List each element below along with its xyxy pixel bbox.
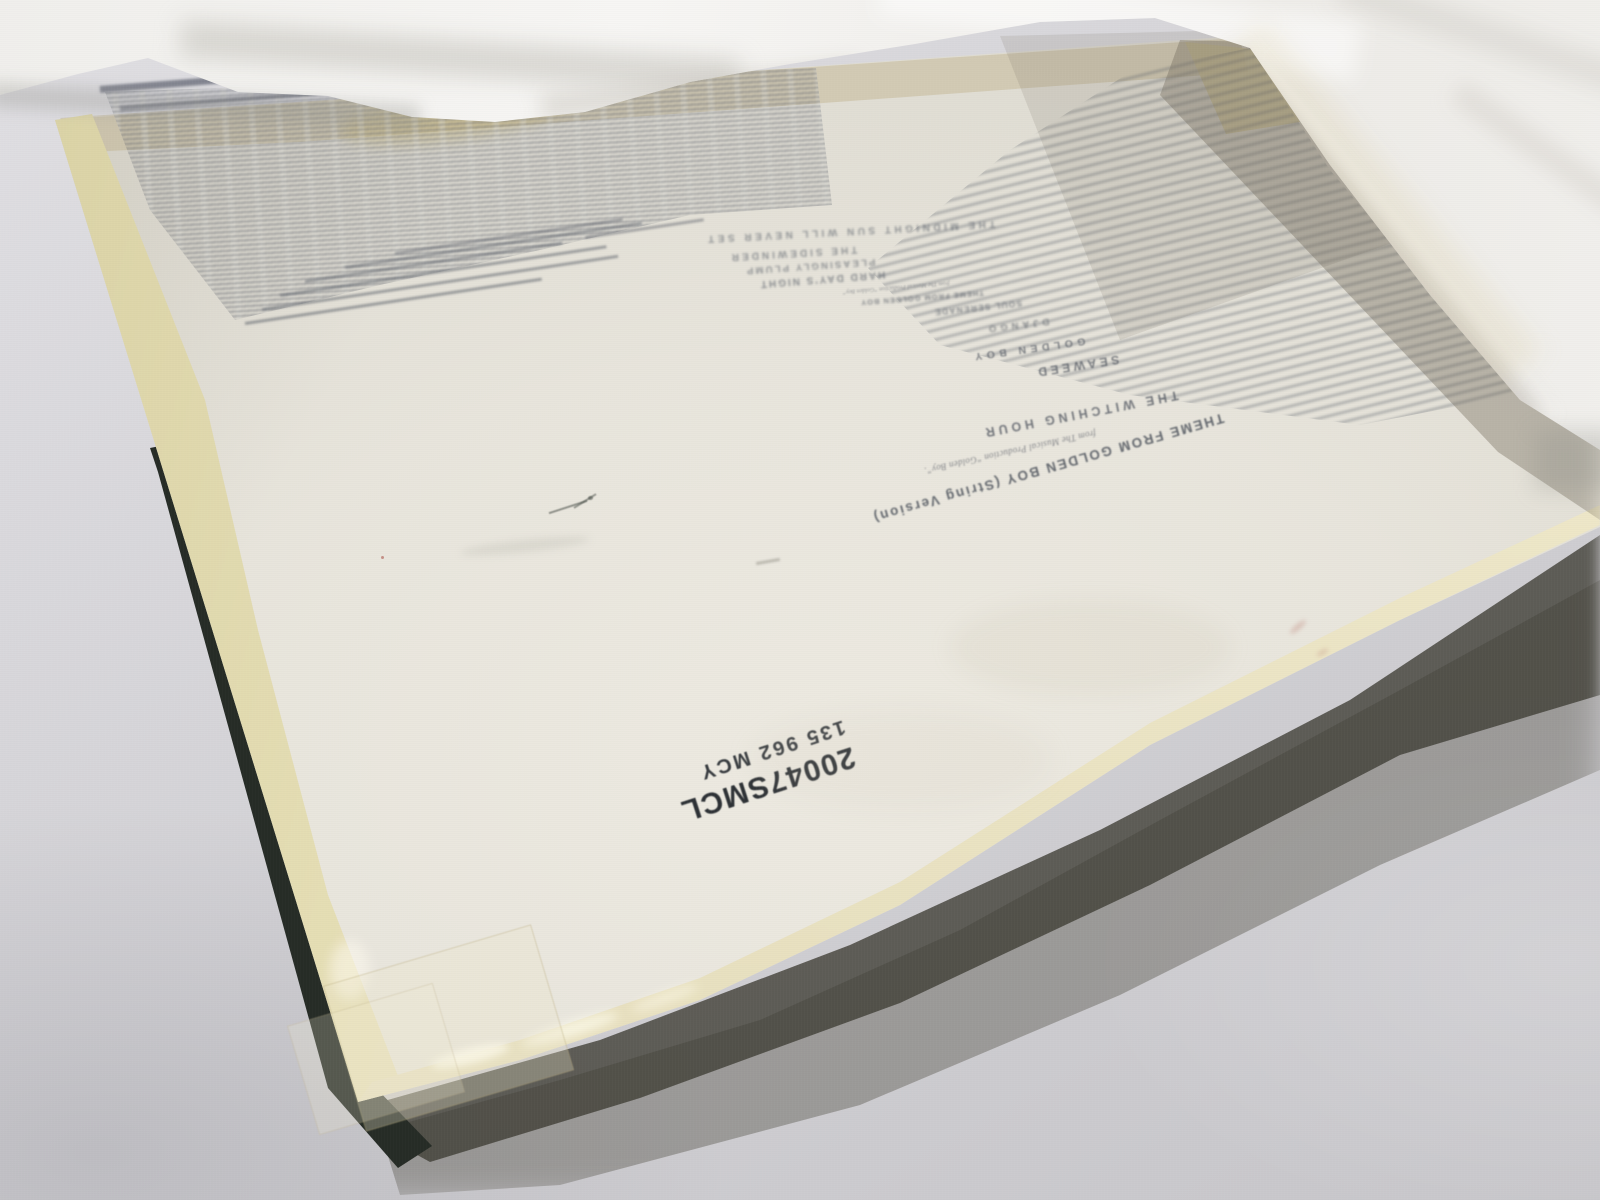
photo-grain — [0, 0, 1600, 1200]
photo-scene: THE MIDNIGHT SUN WILL NEVER SET THE SIDE… — [0, 0, 1600, 1200]
